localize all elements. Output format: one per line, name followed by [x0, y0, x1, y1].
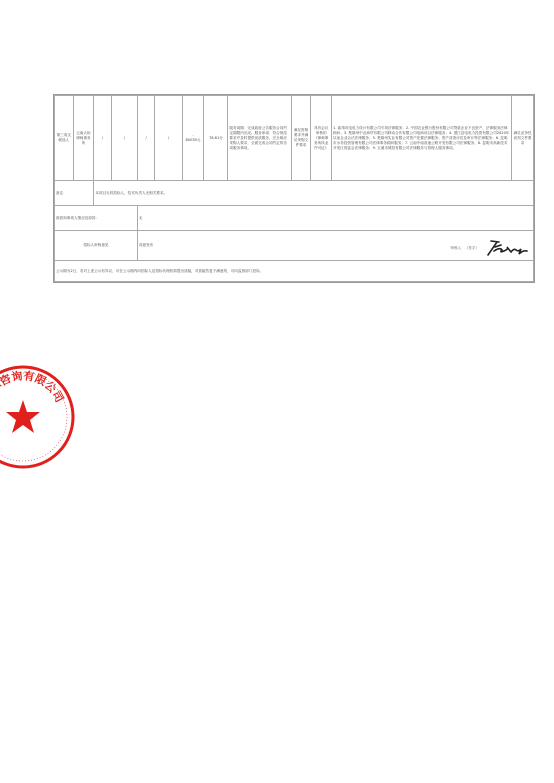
rank-label: 第三成交候选人 [55, 96, 74, 181]
complaint-row: 被质询事项人情况及原因： 无 [55, 206, 534, 231]
company-seal-icon: 招标咨询有限公司 [0, 362, 78, 472]
bid-result-table: 第三成交候选人 云南大坦律师事务所 / / / / - 80030元 78.81… [53, 94, 535, 283]
score: 78.81分 [204, 96, 228, 181]
slash-cell: / [94, 96, 111, 181]
slash-cell: / [137, 96, 154, 181]
note-text: 本项目无同投标人，技术负责人无相关要求。 [94, 181, 534, 206]
remark: 满足竞争性谈判文件要求 [512, 96, 534, 181]
svg-text:招标咨询有限公司: 招标咨询有限公司 [0, 368, 67, 405]
complaint-value: 无 [137, 206, 533, 231]
review-row: 招标人审核意见 同意发布 审核人：（签字） [55, 231, 534, 261]
supplier-name: 云南大坦律师事务所 [73, 96, 94, 181]
footer-text: 公示期为2日，若对上述公示有异议，可在公示期内向招标人及招标代理机构提出质疑，对… [55, 261, 534, 282]
slash-cell: / [155, 96, 182, 181]
license-requirement: 具有会议审核的《律师事务所执业许可证》 [311, 96, 332, 181]
note-row: 备注： 本项目无同投标人，技术负责人无相关要求。 [55, 181, 534, 206]
qualification: 满足资格要求并满足采购文件要求 [291, 96, 311, 181]
reviewer-label: 审核人：（签字） [450, 246, 479, 251]
review-label: 招标人审核意见 [55, 231, 138, 261]
review-cell: 同意发布 审核人：（签字） [137, 231, 533, 261]
handwritten-signature [485, 239, 531, 257]
note-label: 备注： [55, 181, 94, 206]
service-plan: 服务周期：完成政府公告服务合同约定期限内完成。服务承诺：符合规范要求并及时提供优… [228, 96, 291, 181]
price: 80030元 [184, 138, 203, 143]
slash-cell: / [111, 96, 137, 181]
reviewer-signature-block: 审核人：（签字） [450, 239, 531, 257]
candidate-row: 第三成交候选人 云南大坦律师事务所 / / / / - 80030元 78.81… [55, 96, 534, 181]
complaint-label: 被质询事项人情况及原因： [55, 206, 138, 231]
review-value: 同意发布 [139, 243, 153, 247]
document-page: 第三成交候选人 云南大坦律师事务所 / / / / - 80030元 78.81… [0, 0, 554, 783]
footer-row: 公示期为2日，若对上述公示有异议，可在公示期内向招标人及招标代理机构提出质疑，对… [55, 261, 534, 282]
performance-list: 1. 曲靖市电电力设计有限公司专项法律服务；2. 中国农业银行股份有限公司贷款企… [332, 96, 512, 181]
seal-text: 招标咨询有限公司 [0, 368, 67, 405]
price-cell: - 80030元 [182, 96, 204, 181]
